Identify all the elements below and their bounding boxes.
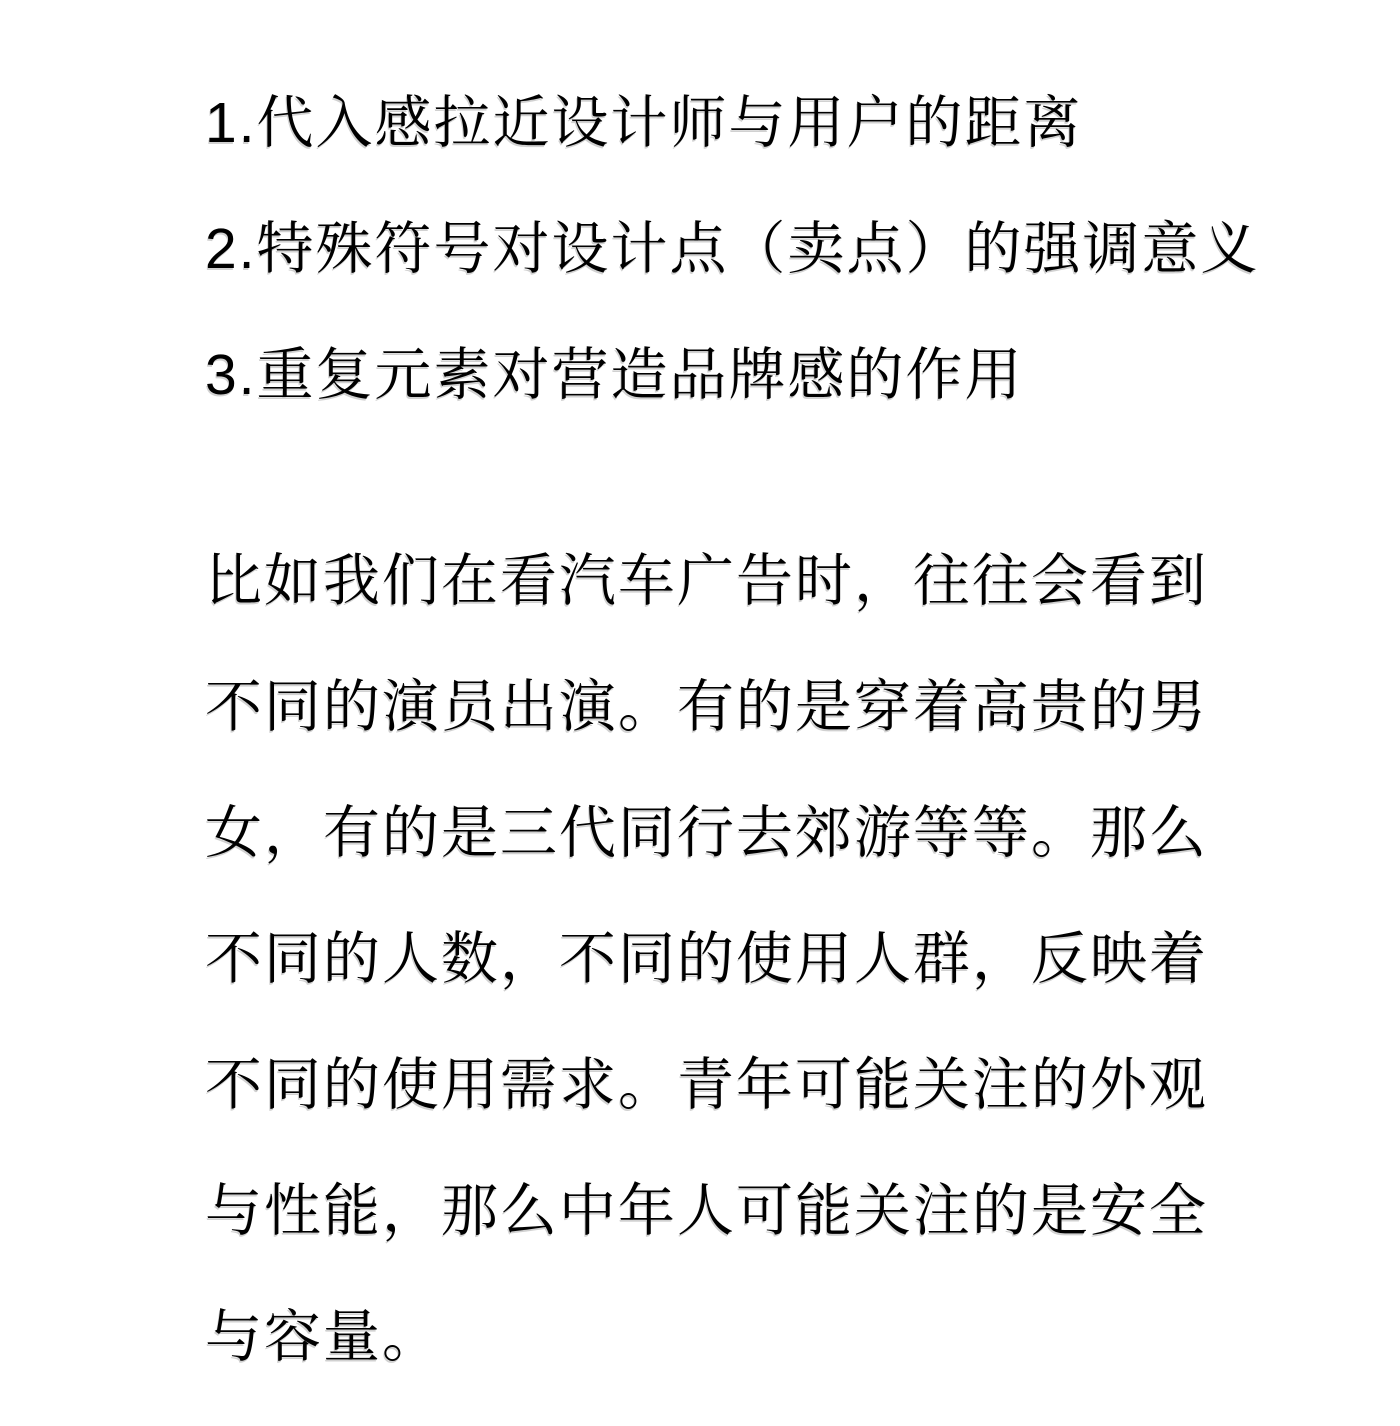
paragraph-line-4: 不同的人数，不同的使用人群，反映着 xyxy=(205,896,1340,1022)
article-page: 1.代入感拉近设计师与用户的距离 2.特殊符号对设计点（卖点）的强调意义 3.重… xyxy=(0,0,1400,1426)
paragraph-line-7: 与容量。 xyxy=(205,1274,1340,1400)
paragraph-line-6: 与性能，那么中年人可能关注的是安全 xyxy=(205,1148,1340,1274)
paragraph-line-1: 比如我们在看汽车广告时，往往会看到 xyxy=(205,518,1340,644)
body-paragraph: 比如我们在看汽车广告时，往往会看到 不同的演员出演。有的是穿着高贵的男 女，有的… xyxy=(205,518,1340,1400)
paragraph-line-5: 不同的使用需求。青年可能关注的外观 xyxy=(205,1022,1340,1148)
paragraph-line-3: 女，有的是三代同行去郊游等等。那么 xyxy=(205,770,1340,896)
list-item-3: 3.重复元素对营造品牌感的作用 xyxy=(205,312,1340,438)
numbered-list: 1.代入感拉近设计师与用户的距离 2.特殊符号对设计点（卖点）的强调意义 3.重… xyxy=(205,60,1340,438)
list-item-2: 2.特殊符号对设计点（卖点）的强调意义 xyxy=(205,186,1340,312)
paragraph-line-2: 不同的演员出演。有的是穿着高贵的男 xyxy=(205,644,1340,770)
list-item-1: 1.代入感拉近设计师与用户的距离 xyxy=(205,60,1340,186)
